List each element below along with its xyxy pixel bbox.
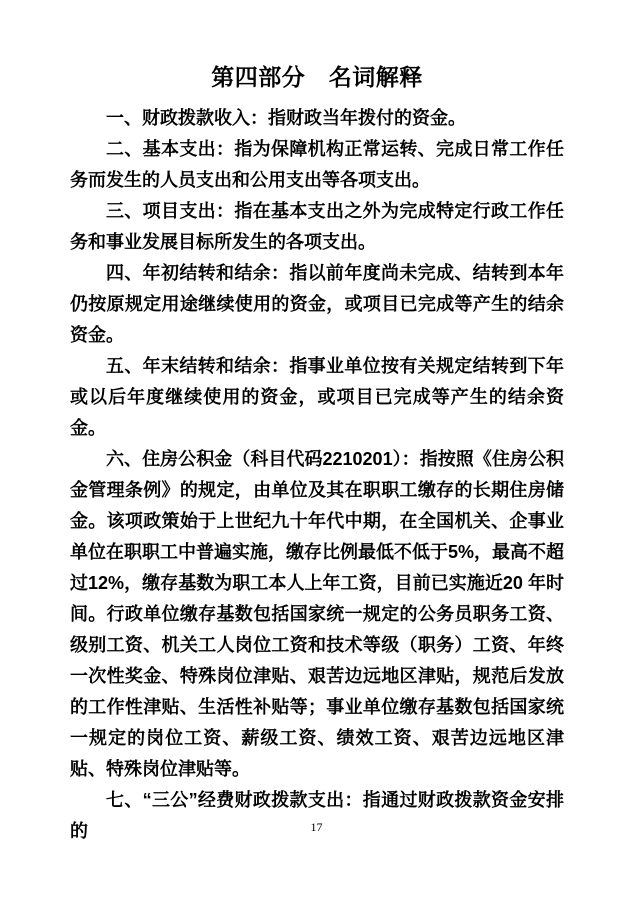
definition-paragraph-4: 四、年初结转和结余：指以前年度尚未完成、结转到本年仍按原规定用途继续使用的资金，… — [70, 258, 564, 351]
section-title: 第四部分 名词解释 — [70, 62, 564, 92]
definition-paragraph-5: 五、年末结转和结余：指事业单位按有关规定结转到下年或以后年度继续使用的资金，或项… — [70, 351, 564, 444]
definition-paragraph-6: 六、住房公积金（科目代码2210201）：指按照《住房公积金管理条例》的规定，由… — [70, 444, 564, 785]
document-page: 第四部分 名词解释 一、财政拨款收入：指财政当年拨付的资金。 二、基本支出：指为… — [0, 0, 633, 898]
definition-paragraph-2: 二、基本支出：指为保障机构正常运转、完成日常工作任务而发生的人员支出和公用支出等… — [70, 134, 564, 196]
page-number: 17 — [0, 820, 633, 835]
page-content: 第四部分 名词解释 一、财政拨款收入：指财政当年拨付的资金。 二、基本支出：指为… — [70, 62, 564, 847]
definition-paragraph-7: 七、“三公”经费财政拨款支出：指通过财政拨款资金安排的 — [70, 785, 564, 847]
definition-paragraph-1: 一、财政拨款收入：指财政当年拨付的资金。 — [70, 103, 564, 134]
definition-paragraph-3: 三、项目支出：指在基本支出之外为完成特定行政工作任务和事业发展目标所发生的各项支… — [70, 196, 564, 258]
